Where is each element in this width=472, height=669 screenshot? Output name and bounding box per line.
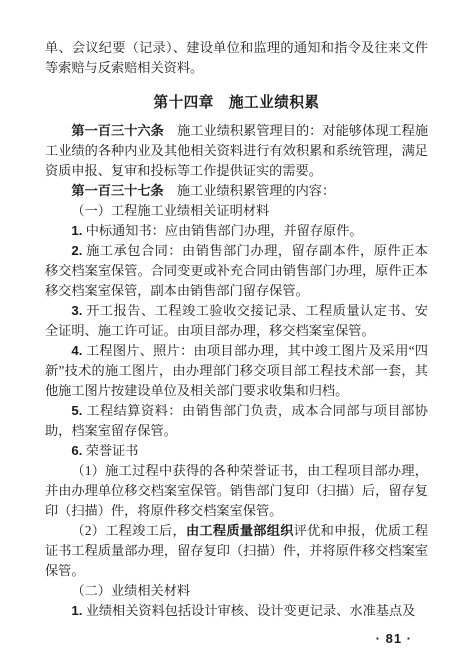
text-segment: 开工报告、工程竣工验收交接记录、工程质量认定书、安全证明、施工许可证。由项目部办… xyxy=(45,303,428,338)
chapter-title: 第十四章 施工业绩积累 xyxy=(45,93,428,113)
paragraph: 第一百三十六条 施工业绩积累管理目的：对能够体现工程施工业绩的各种内业及其他相关… xyxy=(45,121,428,181)
text-segment: 单、会议纪要（记录）、建设单位和监理的通知和指令及往来文件等索赔与反索赔相关资料… xyxy=(45,40,428,75)
paragraph: 单、会议纪要（记录）、建设单位和监理的通知和指令及往来文件等索赔与反索赔相关资料… xyxy=(45,38,428,78)
text-segment: （1）施工过程中获得的各种荣誉证书，由工程项目部办理，并由办理单位移交档案室保管… xyxy=(45,463,428,518)
paragraph: 1. 中标通知书：应由销售部门办理，并留存原件。 xyxy=(45,221,428,241)
text-segment: 荣誉证书 xyxy=(82,443,138,458)
bold-text-segment: 5. xyxy=(71,403,82,418)
text-segment: 施工承包合同：由销售部门办理，留存副本件，原件正本移交档案室保管。合同变更或补充… xyxy=(45,243,428,298)
bold-text-segment: 6. xyxy=(71,443,82,458)
paragraph: 2. 施工承包合同：由销售部门办理，留存副本件，原件正本移交档案室保管。合同变更… xyxy=(45,241,428,301)
bold-text-segment: 1. xyxy=(71,603,82,618)
paragraph: 5. 工程结算资料：由销售部门负责，成本合同部与项目部协助，档案室留存保管。 xyxy=(45,401,428,441)
paragraph: 1. 业绩相关资料包括设计审核、设计变更记录、水准基点及 xyxy=(45,601,428,621)
text-segment: 中标通知书：应由销售部门办理，并留存原件。 xyxy=(82,223,362,238)
text-segment: 业绩相关资料包括设计审核、设计变更记录、水准基点及 xyxy=(82,603,415,618)
bold-text-segment: 第一百三十六条 xyxy=(71,123,163,138)
body-text: 单、会议纪要（记录）、建设单位和监理的通知和指令及往来文件等索赔与反索赔相关资料… xyxy=(45,38,428,621)
paragraph: 6. 荣誉证书 xyxy=(45,441,428,461)
paragraph: 第一百三十七条 施工业绩积累管理的内容： xyxy=(45,181,428,201)
text-segment: 施工业绩积累管理的内容： xyxy=(164,183,335,198)
bold-text-segment: 1. xyxy=(71,223,82,238)
text-segment: 工程结算资料：由销售部门负责，成本合同部与项目部协助，档案室留存保管。 xyxy=(45,403,428,438)
bold-text-segment: 第一百三十七条 xyxy=(71,183,163,198)
bold-text-segment: 由工程质量部组织 xyxy=(186,523,294,538)
text-segment: （二）业绩相关材料 xyxy=(71,583,190,598)
page-number: · 81 · xyxy=(376,631,412,647)
bold-text-segment: 3. xyxy=(71,303,82,318)
paragraph: 4. 工程图片、照片：由项目部办理，其中竣工图片及采用“四新”技术的施工图片，由… xyxy=(45,341,428,401)
paragraph: （一）工程施工业绩相关证明材料 xyxy=(45,201,428,221)
text-segment: 工程图片、照片：由项目部办理，其中竣工图片及采用“四新”技术的施工图片，由办理部… xyxy=(45,343,428,398)
text-segment: （一）工程施工业绩相关证明材料 xyxy=(71,203,269,218)
bold-text-segment: 第十四章 施工业绩积累 xyxy=(153,95,319,111)
bold-text-segment: 4. xyxy=(71,343,82,358)
text-segment: （2）工程竣工后， xyxy=(71,523,186,538)
bold-text-segment: 2. xyxy=(71,243,82,258)
paragraph: （1）施工过程中获得的各种荣誉证书，由工程项目部办理，并由办理单位移交档案室保管… xyxy=(45,461,428,521)
paragraph: （2）工程竣工后，由工程质量部组织评优和申报，优质工程证书工程质量部办理，留存复… xyxy=(45,521,428,581)
paragraph: 3. 开工报告、工程竣工验收交接记录、工程质量认定书、安全证明、施工许可证。由项… xyxy=(45,301,428,341)
document-page: 单、会议纪要（记录）、建设单位和监理的通知和指令及往来文件等索赔与反索赔相关资料… xyxy=(0,0,472,669)
paragraph: （二）业绩相关材料 xyxy=(45,581,428,601)
